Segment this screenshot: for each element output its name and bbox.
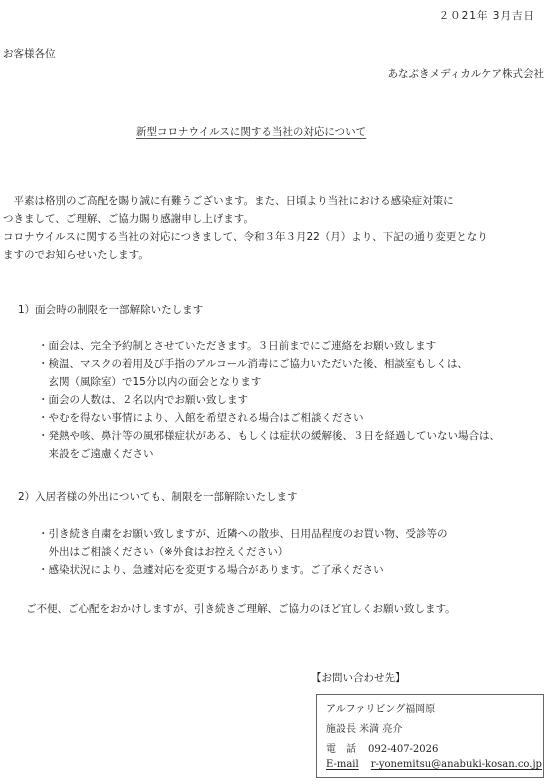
list-item: ・面会は、完全予約制とさせていただきます。３日前までにご連絡をお願い致します bbox=[38, 337, 500, 355]
document-date: ２０21年 3月吉日 bbox=[439, 9, 535, 23]
list-item: 玄関（風除室）で15分以内の面会となります bbox=[38, 373, 500, 391]
intro-line: コロナウイルスに関する当社の対応につきまして、令和３年３月22（月）より、下記の… bbox=[3, 228, 488, 246]
section2-heading: 2）入居者様の外出についても、制限を一部解除いたします bbox=[18, 490, 297, 504]
list-item: 外出はご相談ください（※外食はお控えください） bbox=[38, 543, 448, 561]
facility-name: アルファリビング福岡原 bbox=[326, 700, 435, 715]
section1-list: ・面会は、完全予約制とさせていただきます。３日前までにご連絡をお願い致します ・… bbox=[38, 337, 500, 463]
email-label: E-mail bbox=[326, 759, 359, 770]
email-row: E-mailr-yonemitsu@anabuki-kosan.co.jp bbox=[326, 759, 542, 770]
list-item: ・引き続き自粛をお願い致しますが、近隣への散歩、日用品程度のお買い物、受診等の bbox=[38, 525, 448, 543]
intro-line: つきまして、ご理解、ご協力賜り感謝申し上げます。 bbox=[3, 210, 488, 228]
contact-box: アルファリビング福岡原 施設長 米満 亮介 電 話092-407-2026 E-… bbox=[316, 694, 544, 778]
phone-label: 電 話 bbox=[326, 744, 356, 755]
intro-line: 平素は格別のご高配を賜り誠に有難うございます。また、日頃より当社における感染症対… bbox=[3, 192, 488, 210]
manager-name: 施設長 米満 亮介 bbox=[326, 720, 402, 735]
list-item: 来設をご遠慮ください bbox=[38, 445, 500, 463]
section1-heading: 1）面会時の制限を一部解除いたします bbox=[18, 303, 203, 317]
phone-number: 092-407-2026 bbox=[368, 744, 438, 755]
list-item: ・面会の人数は、２名以内でお願い致します bbox=[38, 391, 500, 409]
closing-remark: ご不便、ご心配をおかけしますが、引き続きご理解、ご協力のほど宜しくお願い致します… bbox=[26, 602, 456, 616]
intro-paragraph: 平素は格別のご高配を賜り誠に有難うございます。また、日頃より当社における感染症対… bbox=[3, 192, 488, 264]
document-title: 新型コロナウイルスに関する当社の対応について bbox=[136, 125, 366, 139]
email-address[interactable]: r-yonemitsu@anabuki-kosan.co.jp bbox=[371, 759, 542, 770]
company-name: あなぶきメディカルケア株式会社 bbox=[388, 67, 544, 81]
list-item: ・感染状況により、急遽対応を変更する場合があります。ご了承ください bbox=[38, 561, 448, 579]
list-item: ・やむを得ない事情により、入館を希望される場合はご相談ください bbox=[38, 409, 500, 427]
section2-list: ・引き続き自粛をお願い致しますが、近隣への散歩、日用品程度のお買い物、受診等の … bbox=[38, 525, 448, 579]
salutation: お客様各位 bbox=[3, 47, 56, 61]
inquiry-label: 【お問い合わせ先】 bbox=[311, 671, 406, 685]
list-item: ・検温、マスクの着用及び手指のアルコール消毒にご協力いただいた後、相談室もしくは… bbox=[38, 355, 500, 373]
list-item: ・発熱や咳、鼻汁等の風邪様症状がある、もしくは症状の緩解後、３日を経過していない… bbox=[38, 427, 500, 445]
intro-line: ますのでお知らせいたします。 bbox=[3, 246, 488, 264]
phone-row: 電 話092-407-2026 bbox=[326, 740, 438, 755]
